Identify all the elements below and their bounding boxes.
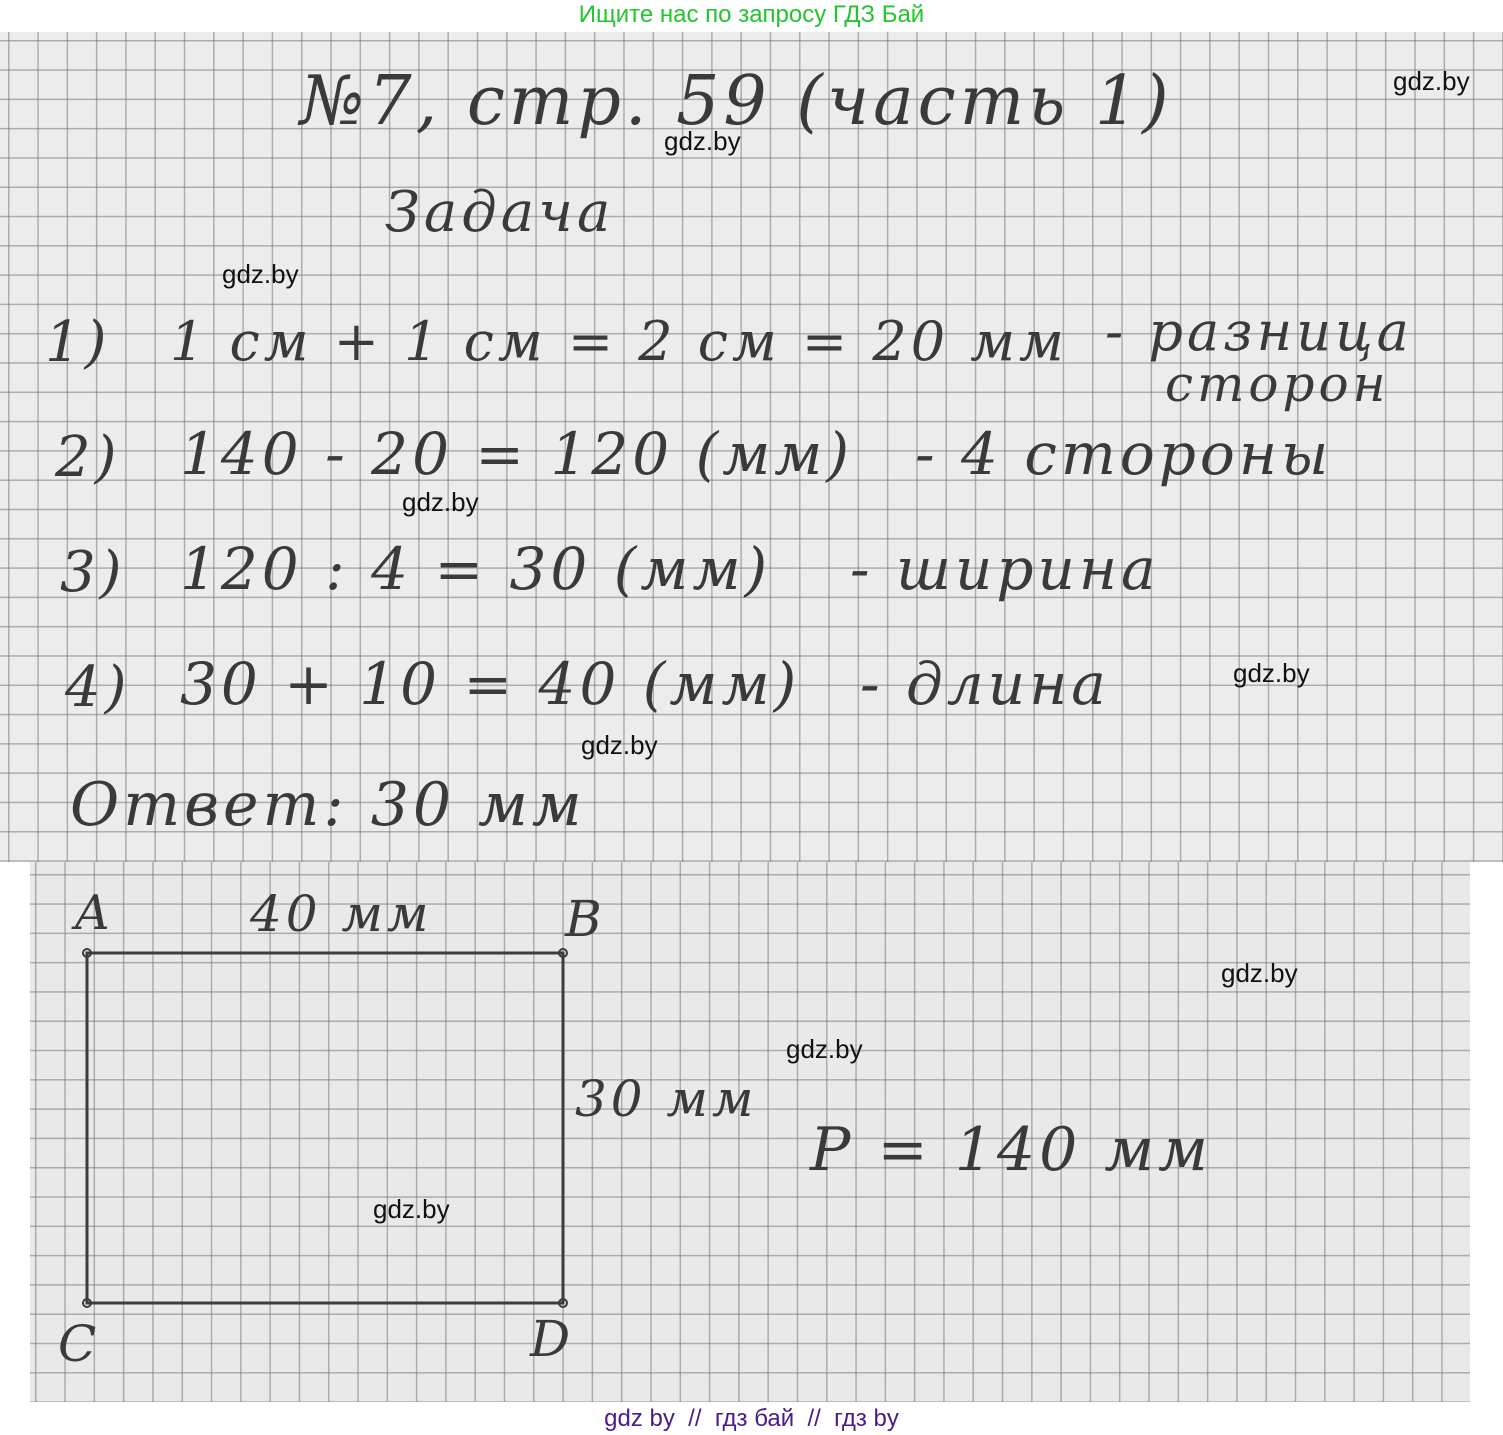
- watermark: gdz.by: [1221, 958, 1298, 989]
- watermark: gdz.by: [786, 1034, 863, 1065]
- vertex-a-label: A: [75, 885, 110, 941]
- right-side-label: 30 мм: [575, 1070, 757, 1128]
- rectangle-drawing: [0, 0, 1503, 1435]
- watermark: gdz.by: [222, 259, 299, 290]
- vertex-b-label: B: [565, 890, 602, 948]
- top-side-label: 40 мм: [250, 885, 432, 943]
- watermark: gdz.by: [581, 730, 658, 761]
- bottom-banner[interactable]: gdz by // гдз бай // гдз by: [0, 1402, 1503, 1435]
- perimeter-label: P = 140 мм: [810, 1115, 1212, 1185]
- watermark: gdz.by: [664, 126, 741, 157]
- watermark: gdz.by: [1393, 66, 1470, 97]
- watermark: gdz.by: [1233, 658, 1310, 689]
- watermark: gdz.by: [402, 487, 479, 518]
- watermark: gdz.by: [373, 1194, 450, 1225]
- vertex-c-label: C: [58, 1315, 96, 1373]
- vertex-d-label: D: [530, 1310, 570, 1368]
